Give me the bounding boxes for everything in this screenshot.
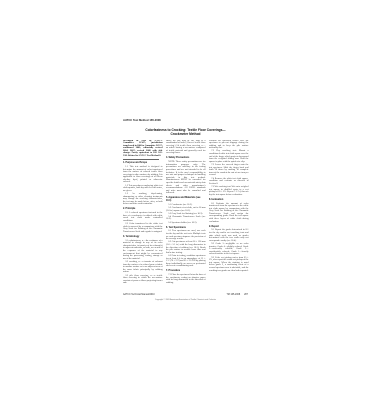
page-footer: AATCC Technical Manual/2010 TM 165-2008 …: [123, 294, 248, 296]
title-line-2: Crockmeter Method: [117, 132, 254, 136]
footer-right-group: TM 165-2008 287: [226, 294, 248, 296]
page-title: Colorfastness to Crocking: Textile Floor…: [117, 128, 254, 136]
body-paragraph: 3.1 colorfastness, n.—the resistance of …: [123, 240, 163, 261]
body-paragraph: 6.2 Cut specimens at least 50 × 130 mm (…: [166, 241, 206, 254]
body-paragraph: strate; the pile may be cut, loop or a c…: [166, 140, 206, 156]
section-heading: 3. Terminology: [123, 236, 163, 239]
section-heading: 8. Evaluation: [209, 199, 249, 202]
body-paragraph: 6.1 Two specimens are used, one each for…: [166, 230, 206, 240]
body-paragraph: 6.3 Prior to testing, condition specimen…: [166, 255, 206, 268]
section-heading: 2. Principle: [123, 208, 163, 211]
section-heading: 5. Apparatus and Materials (see 10.1): [166, 197, 206, 202]
history-paragraph: Developed in 1998 by AATCC Committee RA8…: [123, 140, 163, 158]
text-columns: Developed in 1998 by AATCC Committee RA8…: [123, 140, 249, 292]
body-paragraph: 7.2 Dry crocking test: Mount a condition…: [209, 150, 249, 163]
footer-manual-label: AATCC Technical Manual/2010: [123, 294, 155, 296]
body-paragraph: 8.1 Evaluate the amount of color transfe…: [209, 203, 249, 224]
section-heading: 1. Purpose and Scope: [123, 162, 163, 165]
section-heading: 9. Report: [209, 226, 249, 229]
body-paragraph: 2.1 A colored specimen fastened to the b…: [123, 212, 163, 222]
section-heading: 4. Safety Precautions: [166, 157, 206, 160]
divider-rule: [123, 159, 159, 160]
body-paragraph: 3.2 crocking, n.—a transfer of colorant …: [123, 261, 163, 274]
footer-method-label: TM 165-2008: [226, 294, 240, 296]
body-paragraph: 5.4 Chromatic Transference Scale (see 10…: [166, 216, 206, 221]
body-paragraph: 1.3 As washing, drycleaning, shampooing …: [123, 193, 163, 206]
section-heading: 6. Test Specimens: [166, 227, 206, 230]
copyright-line: Copyright © 2009 American Association of…: [105, 299, 266, 301]
body-paragraph: 5.2 Crockmeter test cloth, cut in 50 mm …: [166, 207, 206, 212]
section-heading: 7. Procedure: [166, 270, 206, 273]
body-paragraph: 7.4 Remove the white test cloth square, …: [209, 178, 249, 186]
body-paragraph: 1.2 Test procedures employing white test…: [123, 185, 163, 193]
body-paragraph: 9.1 Report the grade determined in 8.1 f…: [209, 229, 249, 242]
body-paragraph: 5.3 Gray Scale for Staining (see 10.3).: [166, 213, 206, 216]
body-paragraph: 9.2 Grade 5—negligible or no color trans…: [209, 243, 249, 256]
body-paragraph: 7.5 Wet crocking test: Wet out a weighed…: [209, 186, 249, 196]
body-paragraph: 2.2 Color transferred to the white test …: [123, 223, 163, 233]
text-column-2: strate; the pile may be cut, loop or a c…: [166, 140, 206, 292]
body-paragraph: 7.3 Lower the covered finger onto the te…: [209, 164, 249, 177]
footer-page-number: 287: [244, 294, 248, 296]
document-page: AATCC Test Method 165-2008 Colorfastness…: [123, 118, 248, 304]
text-column-1: Developed in 1998 by AATCC Committee RA8…: [123, 140, 163, 292]
body-paragraph: 7.1 Place the specimen flat on the base …: [166, 274, 206, 284]
body-paragraph: NOTE: These safety precautions are for i…: [166, 161, 206, 195]
body-paragraph: 5.5 Specimen holder (see 10.2).: [166, 222, 206, 225]
body-paragraph: 1.1 This test method is designed to dete…: [123, 166, 163, 184]
text-column-3: Position the specimen holder over the sp…: [209, 140, 249, 292]
scanned-page-canvas: AATCC Test Method 165-2008 Colorfastness…: [0, 0, 368, 420]
body-paragraph: Position the specimen holder over the sp…: [209, 140, 249, 150]
running-header: AATCC Test Method 165-2008: [123, 119, 161, 122]
body-paragraph: 9.3 If the wet pickup varies from 65 ± 5…: [209, 257, 249, 273]
body-paragraph: 3.3 pile floor covering, n.—a textile fl…: [123, 275, 163, 285]
